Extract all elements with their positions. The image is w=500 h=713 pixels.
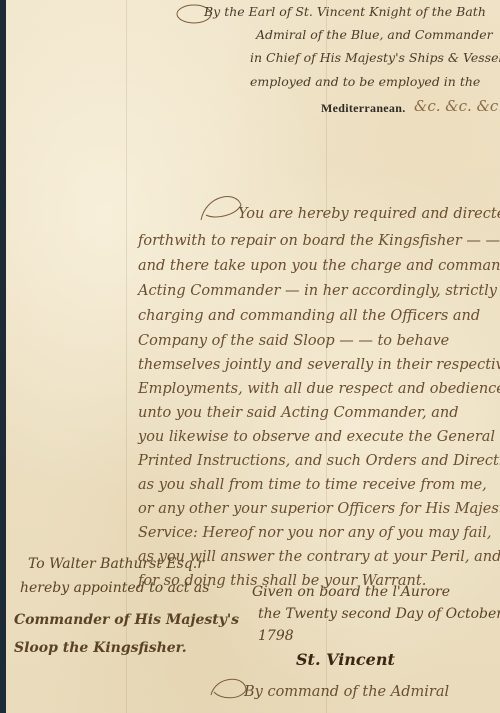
- body-line: Acting Commander — in her accordingly, s…: [138, 283, 497, 299]
- etc-abbreviation: &c. &c. &c.: [414, 97, 500, 115]
- given-line: 1798: [258, 628, 294, 644]
- addressee-line: Commander of His Majesty's: [14, 612, 239, 628]
- body-line: Service: Hereof nor you nor any of you m…: [138, 525, 491, 541]
- addressee-line: To Walter Bathurst Esq.r: [28, 556, 204, 572]
- footer-line: By command of the Admiral: [244, 684, 449, 700]
- region-printed-text: Mediterranean.: [321, 101, 406, 116]
- body-line: Employments, with all due respect and ob…: [138, 381, 500, 397]
- header-line: employed and to be employed in the: [250, 74, 480, 89]
- body-line: charging and commanding all the Officers…: [138, 308, 480, 324]
- given-line: the Twenty second Day of October: [258, 606, 500, 622]
- body-line: Company of the said Sloop — — to behave: [138, 333, 449, 349]
- body-line: as you shall from time to time receive f…: [138, 477, 487, 493]
- addressee-line: Sloop the Kingsfisher.: [14, 640, 187, 656]
- body-line: you likewise to observe and execute the …: [138, 429, 495, 445]
- body-line: themselves jointly and severally in thei…: [138, 357, 500, 373]
- body-line: You are hereby required and directed: [238, 206, 500, 222]
- header-line: in Chief of His Majesty's Ships & Vessel…: [250, 50, 500, 65]
- given-line: Given on board the l'Aurore: [252, 584, 450, 600]
- body-line: or any other your superior Officers for …: [138, 501, 500, 517]
- signature: St. Vincent: [296, 650, 395, 669]
- paper-fold-line: [126, 0, 127, 713]
- addressee-line: hereby appointed to act as: [20, 580, 209, 596]
- header-line: By the Earl of St. Vincent Knight of the…: [204, 4, 486, 19]
- body-line: forthwith to repair on board the Kingsfi…: [138, 233, 500, 249]
- header-line: Admiral of the Blue, and Commander: [256, 27, 493, 42]
- body-line: and there take upon you the charge and c…: [138, 258, 500, 274]
- body-line: Printed Instructions, and such Orders an…: [138, 453, 500, 469]
- body-line: unto you their said Acting Commander, an…: [138, 405, 459, 421]
- document-page: By the Earl of St. Vincent Knight of the…: [6, 0, 500, 713]
